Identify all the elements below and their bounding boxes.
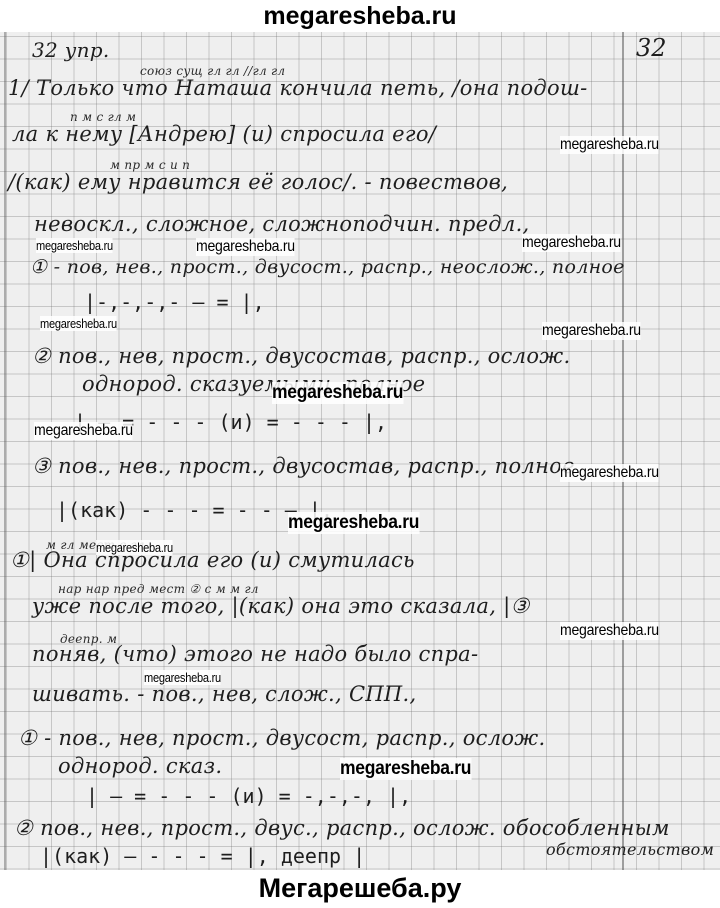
site-header[interactable]: megaresheba.ru [0, 0, 720, 34]
text-line: ① - пов, нев., прост., двусост., распр.,… [30, 256, 625, 278]
page-number: 32 [636, 34, 667, 62]
watermark: megaresheba.ru [542, 322, 641, 340]
text-line: /(как) ему нравится её голос/. - повеств… [8, 170, 508, 194]
text-line: однород. сказ. [58, 754, 222, 778]
watermark: megaresheba.ru [560, 622, 659, 640]
watermark: megaresheba.ru [288, 512, 419, 534]
text-line: ③ пов., нев., прост., двусостав, распр.,… [32, 454, 575, 478]
text-line: ла к нему [Андрею] (и) спросила его/ [12, 122, 436, 146]
watermark: megaresheba.ru [340, 758, 471, 780]
text-line: ② пов., нев., прост., двус., распр., осл… [14, 816, 670, 840]
watermark: megaresheba.ru [560, 136, 659, 154]
watermark: megaresheba.ru [96, 540, 173, 555]
text-line: обстоятельством [546, 840, 714, 859]
watermark: megaresheba.ru [196, 238, 295, 256]
sentence-scheme: | — = - - - (и) = -,-,-, |, [86, 784, 411, 808]
page-edge [4, 32, 6, 870]
notebook-page: 32 упр. 32 союз сущ гл гл //гл гл 1/ Тол… [0, 32, 720, 870]
text-line: шивать. - пов., нев, слож., СПП., [32, 682, 417, 706]
watermark: megaresheba.ru [34, 422, 133, 440]
watermark: megaresheba.ru [272, 382, 403, 404]
text-line: уже после того, |(как) она это сказала, … [32, 594, 530, 618]
sentence-scheme: |-,-,-,- — = |, [84, 290, 265, 314]
watermark: megaresheba.ru [144, 670, 221, 685]
text-line: ① - пов., нев, прост., двусост, распр., … [18, 726, 545, 750]
margin-line [622, 32, 624, 870]
exercise-label: 32 упр. [32, 38, 110, 62]
watermark: megaresheba.ru [522, 234, 621, 252]
text-line: 1/ Только что Наташа кончила петь, /она … [8, 76, 588, 100]
text-line: ①| Она спросила его (и) смутилась [10, 548, 415, 572]
text-line: поняв, (что) этого не надо было спра- [32, 642, 478, 666]
watermark: megaresheba.ru [36, 238, 113, 253]
watermark: megaresheba.ru [560, 464, 659, 482]
text-line: ② пов., нев, прост., двусостав, распр., … [32, 344, 570, 368]
text-line: невоскл., сложное, сложноподчин. предл., [34, 212, 530, 236]
watermark: megaresheba.ru [40, 316, 117, 331]
site-footer[interactable]: Мегарешеба.ру [0, 868, 720, 908]
sentence-scheme: |(как) — - - - = |, деепр | [40, 844, 365, 868]
